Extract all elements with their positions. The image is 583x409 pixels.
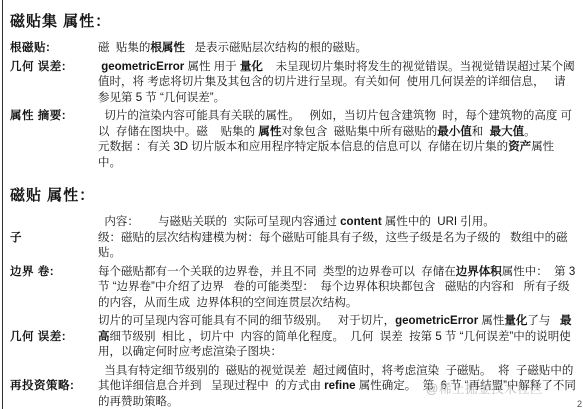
row-geometric-error-tile: 几何 误差: 切片的可呈现内容可能具有不同的细节级别。 对于切片，geometr… (10, 314, 577, 361)
row-content-root-tile: 磁 贴集的根属性 是表示磁贴层次结构的根的磁贴。 (98, 41, 577, 57)
row-label-bounding-volume: 边界 卷: (10, 265, 98, 312)
row-label-children: 子 (10, 215, 98, 262)
row-root-tile: 根磁贴: 磁 贴集的根属性 是表示磁贴层次结构的根的磁贴。 (10, 41, 577, 57)
page-left-border (2, 0, 3, 409)
row-content-geometric-error-tile: 切片的可呈现内容可能具有不同的细节级别。 对于切片，geometricError… (98, 314, 577, 361)
document-page: 磁贴集 属性： 根磁贴: 磁 贴集的根属性 是表示磁贴层次结构的根的磁贴。 几何… (0, 0, 583, 409)
row-label-property-summary: 属性 摘要: (10, 109, 98, 171)
paragraph: 每个磁贴都有一个关联的边界卷，并且不同 类型的边界卷可以 存储在边界体积属性中：… (98, 265, 577, 312)
heading-tileset-properties: 磁贴集 属性： (10, 10, 577, 31)
row-content-geometric-error-tileset: geometricError 属性 用于 量化 未呈现切片集时将发生的视觉错误。… (98, 60, 577, 107)
heading-tile-properties: 磁贴 属性： (10, 184, 577, 205)
row-label-geometric-error-tileset: 几何 误差: (10, 60, 98, 107)
row-geometric-error-tileset: 几何 误差: geometricError 属性 用于 量化 未呈现切片集时将发… (10, 60, 577, 107)
page-number: 2 (577, 399, 582, 409)
paragraph: 磁 贴集的根属性 是表示磁贴层次结构的根的磁贴。 (98, 41, 577, 57)
paragraph: geometricError 属性 用于 量化 未呈现切片集时将发生的视觉错误。… (98, 60, 577, 107)
row-children: 子 内容： 与磁贴关联的 实际可呈现内容通过 content 属性中的 URI … (10, 215, 577, 262)
row-content-children: 内容： 与磁贴关联的 实际可呈现内容通过 content 属性中的 URI 引用… (98, 215, 577, 262)
row-bounding-volume: 边界 卷: 每个磁贴都有一个关联的边界卷，并且不同 类型的边界卷可以 存储在边界… (10, 265, 577, 312)
paragraph: 切片的渲染内容可能具有关联的属性。 例如，当切片包含建筑物 时，每个建筑物的高度… (98, 109, 577, 140)
row-property-summary: 属性 摘要: 切片的渲染内容可能具有关联的属性。 例如，当切片包含建筑物 时，每… (10, 109, 577, 171)
row-content-property-summary: 切片的渲染内容可能具有关联的属性。 例如，当切片包含建筑物 时，每个建筑物的高度… (98, 109, 577, 171)
paragraph: 切片的可呈现内容可能具有不同的细节级别。 对于切片，geometricError… (98, 314, 577, 361)
paragraph-content-uri: 内容： 与磁贴关联的 实际可呈现内容通过 content 属性中的 URI 引用… (98, 215, 577, 231)
row-label-geometric-error-tile: 几何 误差: (10, 314, 98, 361)
row-content-bounding-volume: 每个磁贴都有一个关联的边界卷，并且不同 类型的边界卷可以 存储在边界体积属性中：… (98, 265, 577, 312)
watermark-text: @稀土掘金技术社区 (426, 379, 543, 397)
paragraph-metadata: 元数据 ：有关 3D 切片版本和应用程序特定版本信息的信息可以 存储在切片集的资… (98, 140, 577, 171)
row-label-refinement-strategy: 再投资策略: (10, 364, 98, 409)
row-label-root-tile: 根磁贴: (10, 41, 98, 57)
paragraph-children: 级：磁贴的层次结构建模为树：每个磁贴可能具有子级，这些子级是名为子级的 数组中的… (98, 231, 577, 262)
